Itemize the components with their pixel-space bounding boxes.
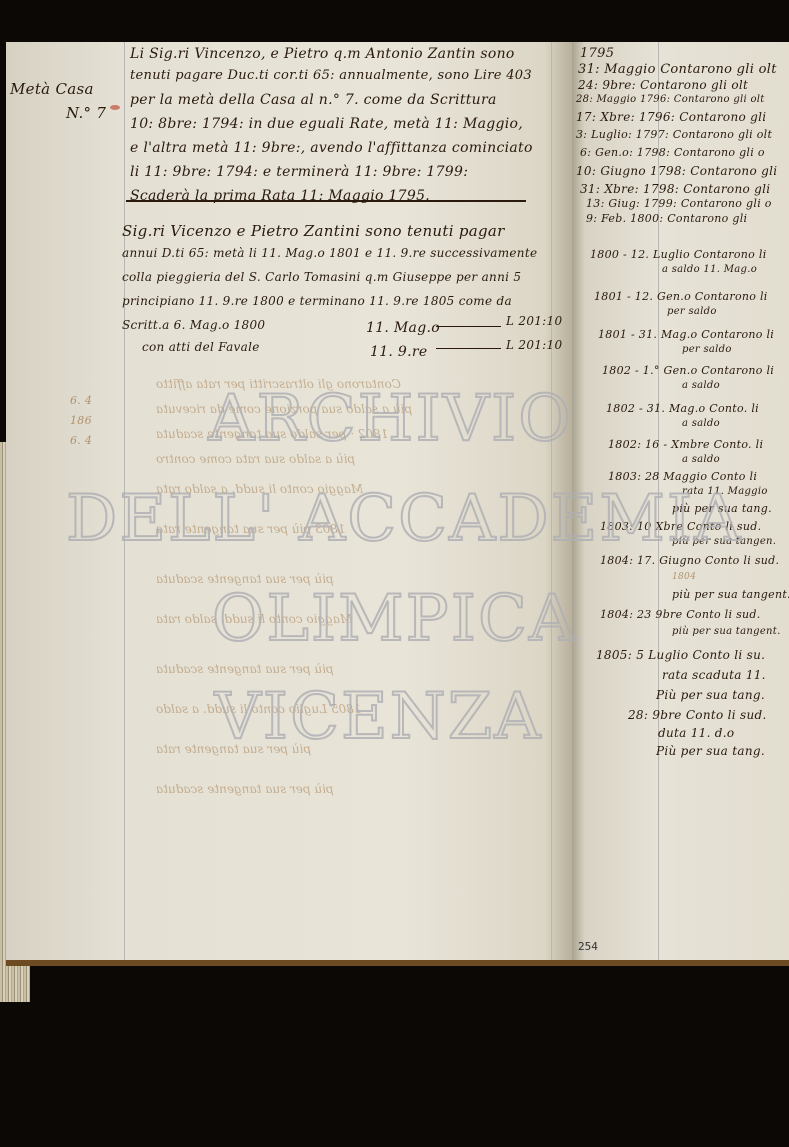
payment-entry: 10: Giugno 1798: Contarono gli: [576, 164, 777, 178]
entry-divider: [126, 200, 526, 202]
payment-sub: per saldo: [682, 344, 732, 355]
payment-entry: 24: 9bre: Contarono gli olt: [578, 78, 748, 92]
payment-entry: 1802 - 1.° Gen.o Contarono li: [602, 364, 774, 377]
entry2-line: principiano 11. 9.re 1800 e terminano 11…: [122, 294, 512, 308]
amount-rule: [436, 348, 501, 349]
payment-entry: 1800 - 12. Luglio Contarono li: [590, 248, 767, 261]
page-number: 254: [578, 940, 598, 953]
entry1-line: 10: 8bre: 1794: in due eguali Rate, metà…: [130, 116, 523, 132]
entry2-line: Scritt.a 6. Mag.o 1800: [122, 318, 265, 332]
payment-entry: 28: Maggio 1796: Contarono gli olt: [576, 94, 765, 105]
payment-sub: 1804: [672, 572, 696, 582]
entry2-line: con atti del Favale: [142, 340, 260, 354]
watermark-line: DELL' ACCADEMIA: [36, 482, 789, 556]
amount-rule: [436, 326, 501, 327]
red-ink-mark: [110, 105, 120, 110]
payment-entry: 3: Luglio: 1797: Contarono gli olt: [576, 128, 772, 141]
entry1-line: Li Sig.ri Vincenzo, e Pietro q.m Antonio…: [130, 46, 515, 62]
payment-entry: 31: Xbre: 1798: Contarono gli: [580, 182, 770, 196]
entry2-line: Sig.ri Vicenzo e Pietro Zantini sono ten…: [122, 222, 505, 240]
payment-sub: a saldo 11. Mag.o: [662, 264, 757, 275]
payment-entry: 31: Maggio Contarono gli olt: [578, 62, 777, 77]
payment-sub: per saldo: [667, 306, 717, 317]
watermark-line: VICENZA: [0, 680, 773, 754]
payment-entry: 17: Xbre: 1796: Contarono gli: [576, 110, 766, 124]
margin-note-line1: Metà Casa: [10, 80, 94, 98]
amount-label: 11. Mag.o: [366, 320, 440, 336]
entry2-line: annui D.ti 65: metà li 11. Mag.o 1801 e …: [122, 246, 537, 260]
payment-entry: 9: Feb. 1800: Contarono gli: [586, 212, 747, 225]
entry1-line: li 11: 9bre: 1794: e terminerà 11: 9bre:…: [130, 164, 468, 180]
open-ledger-book: Metà Casa N.° 7 Li Sig.ri Vincenzo, e Pi…: [0, 42, 789, 968]
payment-entry: 1801 - 12. Gen.o Contarono li: [594, 290, 768, 303]
amount-label: 11. 9.re: [370, 344, 427, 360]
entry1-line: e l'altra metà 11: 9bre:, avendo l'affit…: [130, 140, 533, 156]
margin-note-line2: N.° 7: [66, 104, 106, 122]
amount-value: L 201:10: [506, 314, 562, 328]
payment-entry: 13: Giug: 1799: Contarono gli o: [586, 197, 772, 210]
entry2-line: colla pieggieria del S. Carlo Tomasini q…: [122, 270, 521, 284]
watermark-line: OLIMPICA: [0, 582, 789, 656]
entry1-line: per la metà della Casa al n.° 7. come da…: [130, 92, 497, 108]
amount-value: L 201:10: [506, 338, 562, 352]
payment-entry: 6: Gen.o: 1798: Contarono gli o: [580, 146, 765, 159]
header-year: 1795: [580, 46, 614, 61]
payment-entry: 1801 - 31. Mag.o Contarono li: [598, 328, 774, 341]
entry1-line: tenuti pagare Duc.ti cor.ti 65: annualme…: [130, 68, 532, 83]
watermark-line: ARCHIVIO: [0, 382, 785, 456]
